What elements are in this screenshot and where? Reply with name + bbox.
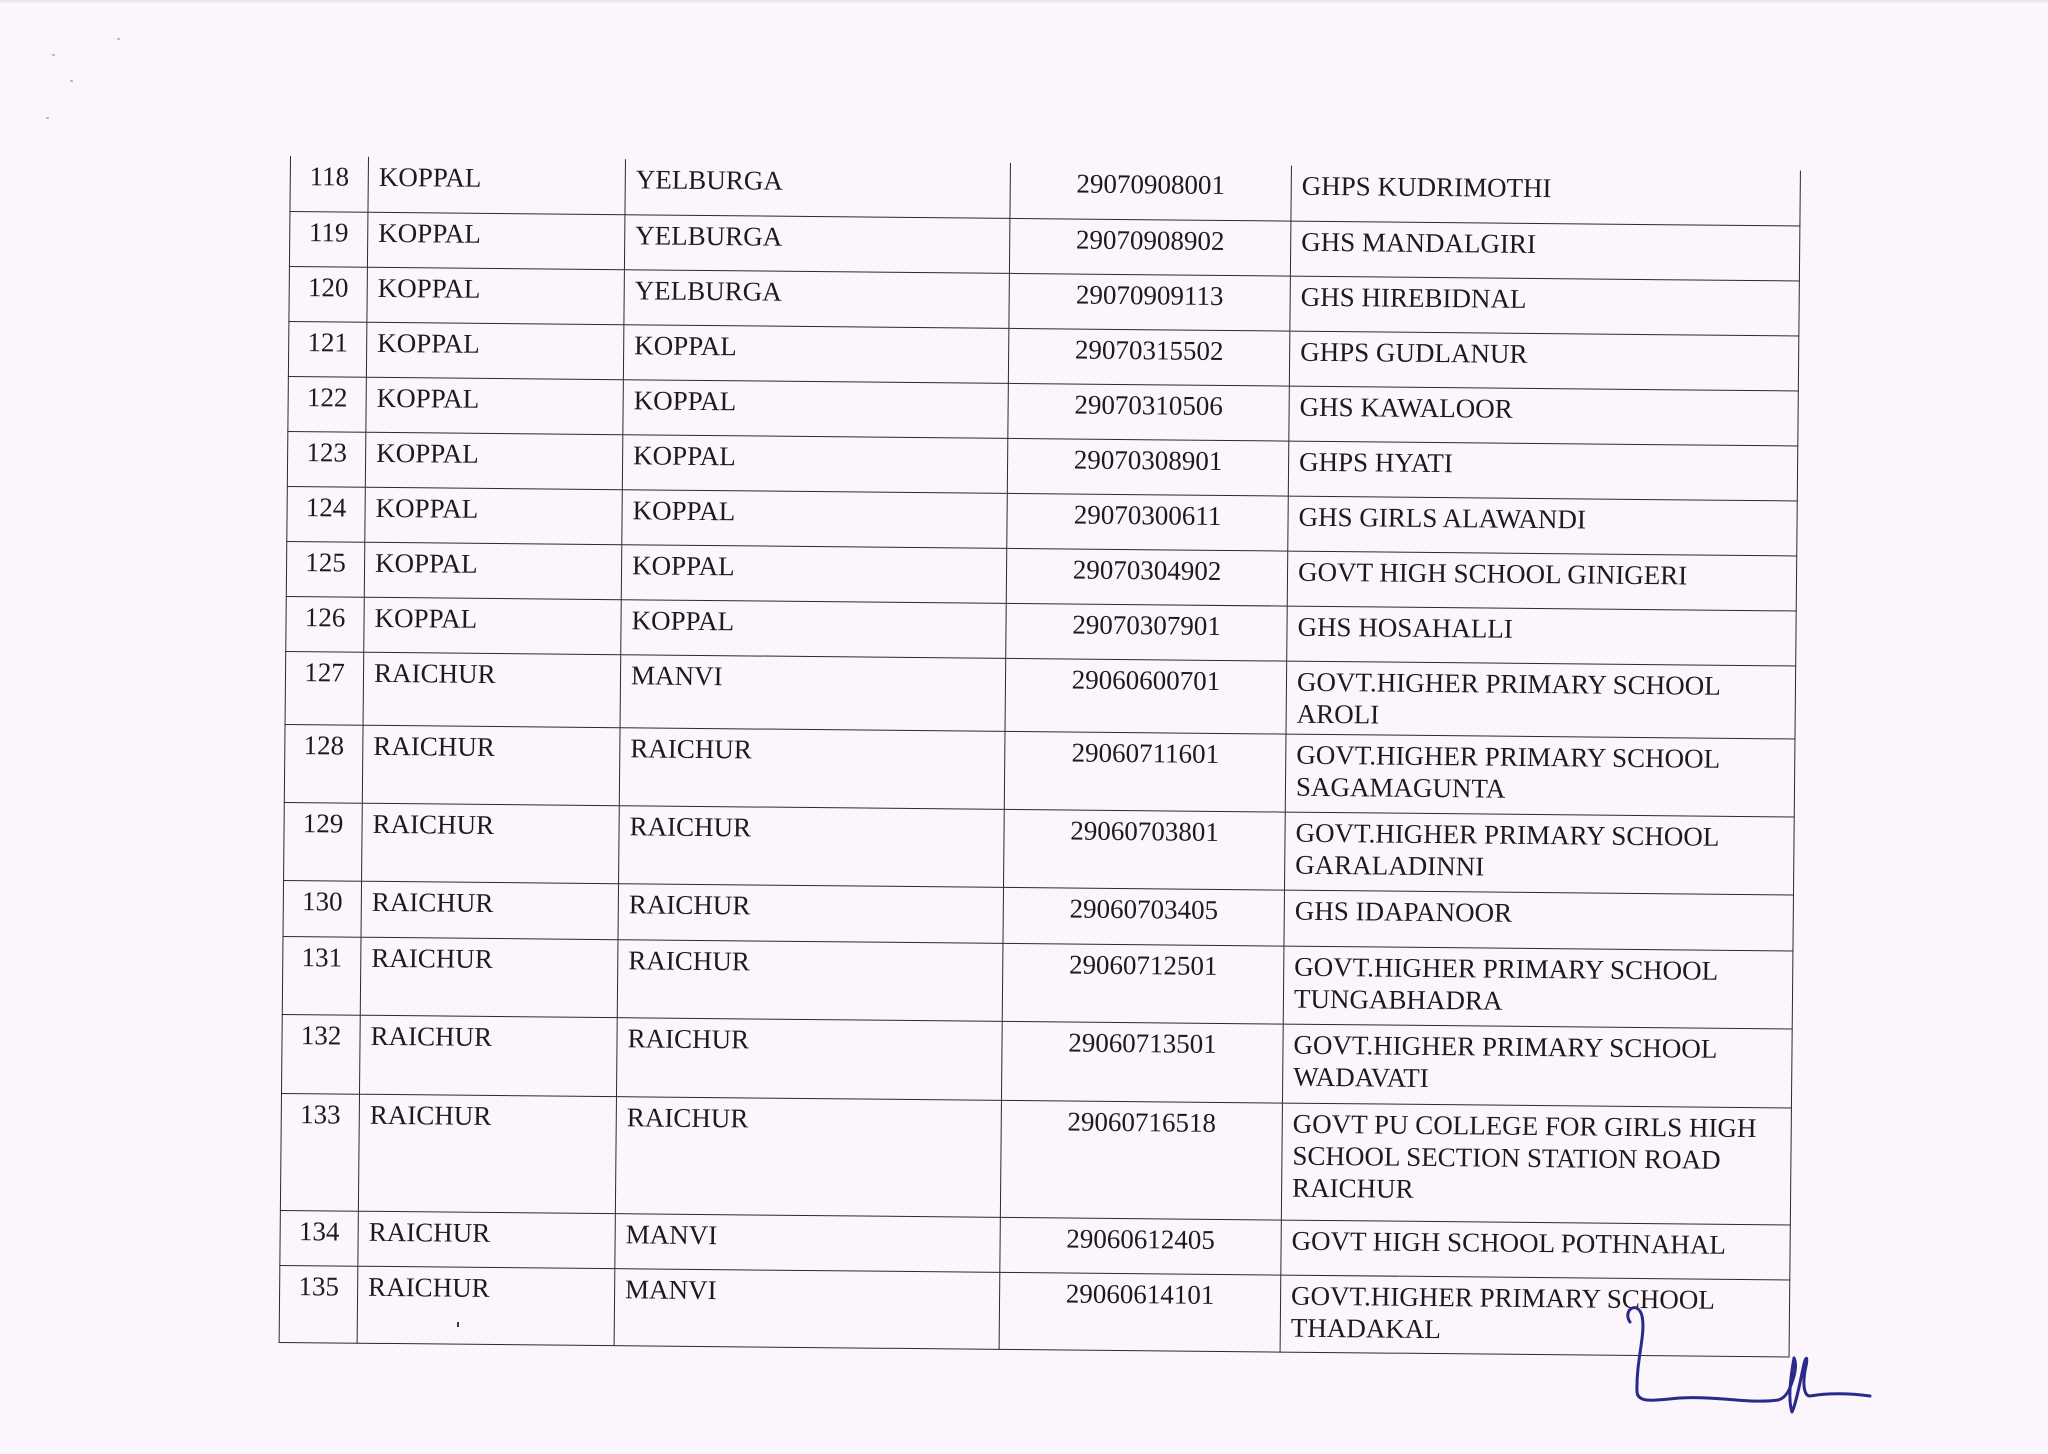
cell-block: KOPPAL [623, 379, 1009, 438]
cell-school-name: GHPS HYATI [1288, 441, 1798, 501]
scan-speck [52, 54, 55, 56]
cell-block: KOPPAL [621, 599, 1007, 658]
cell-udise-code: 29060703801 [1004, 809, 1286, 890]
cell-serial-number: 128 [284, 724, 363, 803]
cell-udise-code: 29070908902 [1009, 218, 1291, 276]
cell-udise-code: 29070307901 [1006, 603, 1288, 661]
cell-district: KOPPAL [367, 212, 625, 269]
cell-udise-code: 29070300611 [1007, 493, 1289, 551]
cell-serial-number: 122 [288, 376, 367, 432]
cell-udise-code: 29070909113 [1009, 273, 1291, 331]
cell-school-name: GHS HOSAHALLI [1287, 606, 1797, 666]
cell-district: KOPPAL [364, 597, 622, 654]
cell-district: KOPPAL [365, 432, 623, 489]
cell-school-name: GOVT PU COLLEGE FOR GIRLS HIGH SCHOOL SE… [1281, 1103, 1791, 1225]
table-row: 128RAICHURRAICHUR29060711601GOVT.HIGHER … [284, 724, 1795, 816]
cell-udise-code: 29060712501 [1002, 943, 1284, 1024]
cell-udise-code: 29060711601 [1004, 731, 1286, 812]
cell-udise-code: 29070304902 [1006, 548, 1288, 606]
cell-school-name: GOVT.HIGHER PRIMARY SCHOOL SAGAMAGUNTA [1285, 734, 1795, 817]
scan-edge [0, 0, 2048, 4]
cell-serial-number: 120 [289, 266, 368, 322]
cell-district: RAICHUR [358, 1094, 616, 1213]
cell-udise-code: 29070308901 [1007, 438, 1289, 496]
cell-school-name: GOVT.HIGHER PRIMARY SCHOOL WADAVATI [1282, 1024, 1792, 1108]
table-row: 132RAICHURRAICHUR29060713501GOVT.HIGHER … [282, 1014, 1793, 1107]
cell-block: RAICHUR [615, 1096, 1001, 1217]
cell-serial-number: 129 [284, 802, 363, 881]
cell-serial-number: 133 [280, 1093, 359, 1211]
cell-school-name: GOVT HIGH SCHOOL POTHNAHAL [1281, 1220, 1791, 1280]
cell-serial-number: 131 [282, 936, 361, 1015]
cell-district: RAICHUR [360, 1015, 618, 1096]
cell-udise-code: 29070908001 [1010, 163, 1292, 221]
cell-school-name: GHPS KUDRIMOTHI [1291, 166, 1801, 226]
cell-serial-number: 134 [280, 1210, 359, 1266]
table-body: 118KOPPALYELBURGA29070908001GHPS KUDRIMO… [279, 156, 1800, 1356]
cell-block: YELBURGA [624, 214, 1010, 273]
cell-serial-number: 125 [286, 541, 365, 597]
cell-district: KOPPAL [367, 267, 625, 324]
cell-udise-code: 29060600701 [1005, 658, 1287, 734]
cell-block: RAICHUR [616, 1017, 1002, 1100]
cell-district: RAICHUR [360, 937, 618, 1017]
cell-serial-number: 118 [290, 156, 369, 212]
cell-district: RAICHUR [361, 881, 619, 939]
cell-school-name: GOVT.HIGHER PRIMARY SCHOOL GARALADINNI [1285, 812, 1795, 895]
cell-district: RAICHUR [358, 1211, 616, 1268]
cell-serial-number: 124 [287, 486, 366, 542]
cell-district: RAICHUR [357, 1266, 615, 1345]
scan-speck [117, 38, 120, 40]
cell-district: RAICHUR [363, 652, 621, 727]
cell-block: MANVI [614, 1268, 1000, 1349]
cell-block: RAICHUR [617, 939, 1003, 1021]
cell-district: KOPPAL [364, 542, 622, 599]
cell-block: KOPPAL [622, 489, 1008, 548]
cell-serial-number: 121 [288, 321, 367, 377]
cell-block: MANVI [615, 1213, 1001, 1272]
cell-school-name: GHS MANDALGIRI [1290, 221, 1800, 281]
school-list-table-container: 118KOPPALYELBURGA29070908001GHPS KUDRIMO… [279, 156, 1800, 1357]
cell-district: RAICHUR [362, 725, 620, 805]
cell-serial-number: 135 [279, 1265, 358, 1343]
cell-block: KOPPAL [621, 544, 1007, 603]
cell-school-name: GOVT.HIGHER PRIMARY SCHOOL TUNGABHADRA [1283, 946, 1793, 1029]
cell-udise-code: 29060614101 [999, 1272, 1281, 1352]
cell-udise-code: 29060716518 [1000, 1100, 1282, 1220]
cell-serial-number: 132 [282, 1014, 361, 1094]
cell-block: MANVI [620, 654, 1006, 731]
table-row: 131RAICHURRAICHUR29060712501GOVT.HIGHER … [282, 936, 1793, 1028]
cell-school-name: GHPS GUDLANUR [1289, 331, 1799, 391]
cell-district: KOPPAL [368, 157, 626, 214]
cell-district: KOPPAL [366, 322, 624, 379]
signature-icon [1560, 1300, 1880, 1420]
cell-serial-number: 119 [289, 211, 368, 267]
school-list-table: 118KOPPALYELBURGA29070908001GHPS KUDRIMO… [279, 156, 1801, 1357]
cell-block: YELBURGA [624, 269, 1010, 328]
ink-dot [457, 1322, 459, 1327]
cell-udise-code: 29060612405 [1000, 1217, 1282, 1275]
cell-school-name: GHS IDAPANOOR [1284, 890, 1794, 951]
cell-school-name: GOVT.HIGHER PRIMARY SCHOOL AROLI [1286, 661, 1796, 739]
cell-district: KOPPAL [365, 487, 623, 544]
table-row: 133RAICHURRAICHUR29060716518GOVT PU COLL… [280, 1093, 1791, 1224]
cell-school-name: GHS GIRLS ALAWANDI [1288, 496, 1798, 556]
cell-block: KOPPAL [622, 434, 1008, 493]
table-row: 129RAICHURRAICHUR29060703801GOVT.HIGHER … [284, 802, 1795, 894]
cell-school-name: GHS KAWALOOR [1289, 386, 1799, 446]
cell-udise-code: 29060703405 [1003, 887, 1285, 946]
cell-udise-code: 29070310506 [1008, 383, 1290, 441]
cell-school-name: GHS HIREBIDNAL [1290, 276, 1800, 336]
cell-block: RAICHUR [619, 727, 1005, 809]
scan-speck [46, 117, 49, 119]
cell-udise-code: 29060713501 [1001, 1021, 1283, 1103]
scan-speck [70, 80, 73, 82]
cell-serial-number: 123 [287, 431, 366, 487]
cell-block: YELBURGA [625, 159, 1011, 218]
cell-serial-number: 130 [283, 880, 362, 937]
cell-block: RAICHUR [619, 805, 1005, 887]
cell-school-name: GOVT HIGH SCHOOL GINIGERI [1287, 551, 1797, 611]
cell-block: RAICHUR [618, 883, 1004, 943]
cell-serial-number: 127 [285, 651, 364, 725]
cell-udise-code: 29070315502 [1008, 328, 1290, 386]
cell-district: KOPPAL [366, 377, 624, 434]
cell-block: KOPPAL [623, 324, 1009, 383]
cell-serial-number: 126 [286, 596, 365, 652]
cell-district: RAICHUR [362, 803, 620, 883]
